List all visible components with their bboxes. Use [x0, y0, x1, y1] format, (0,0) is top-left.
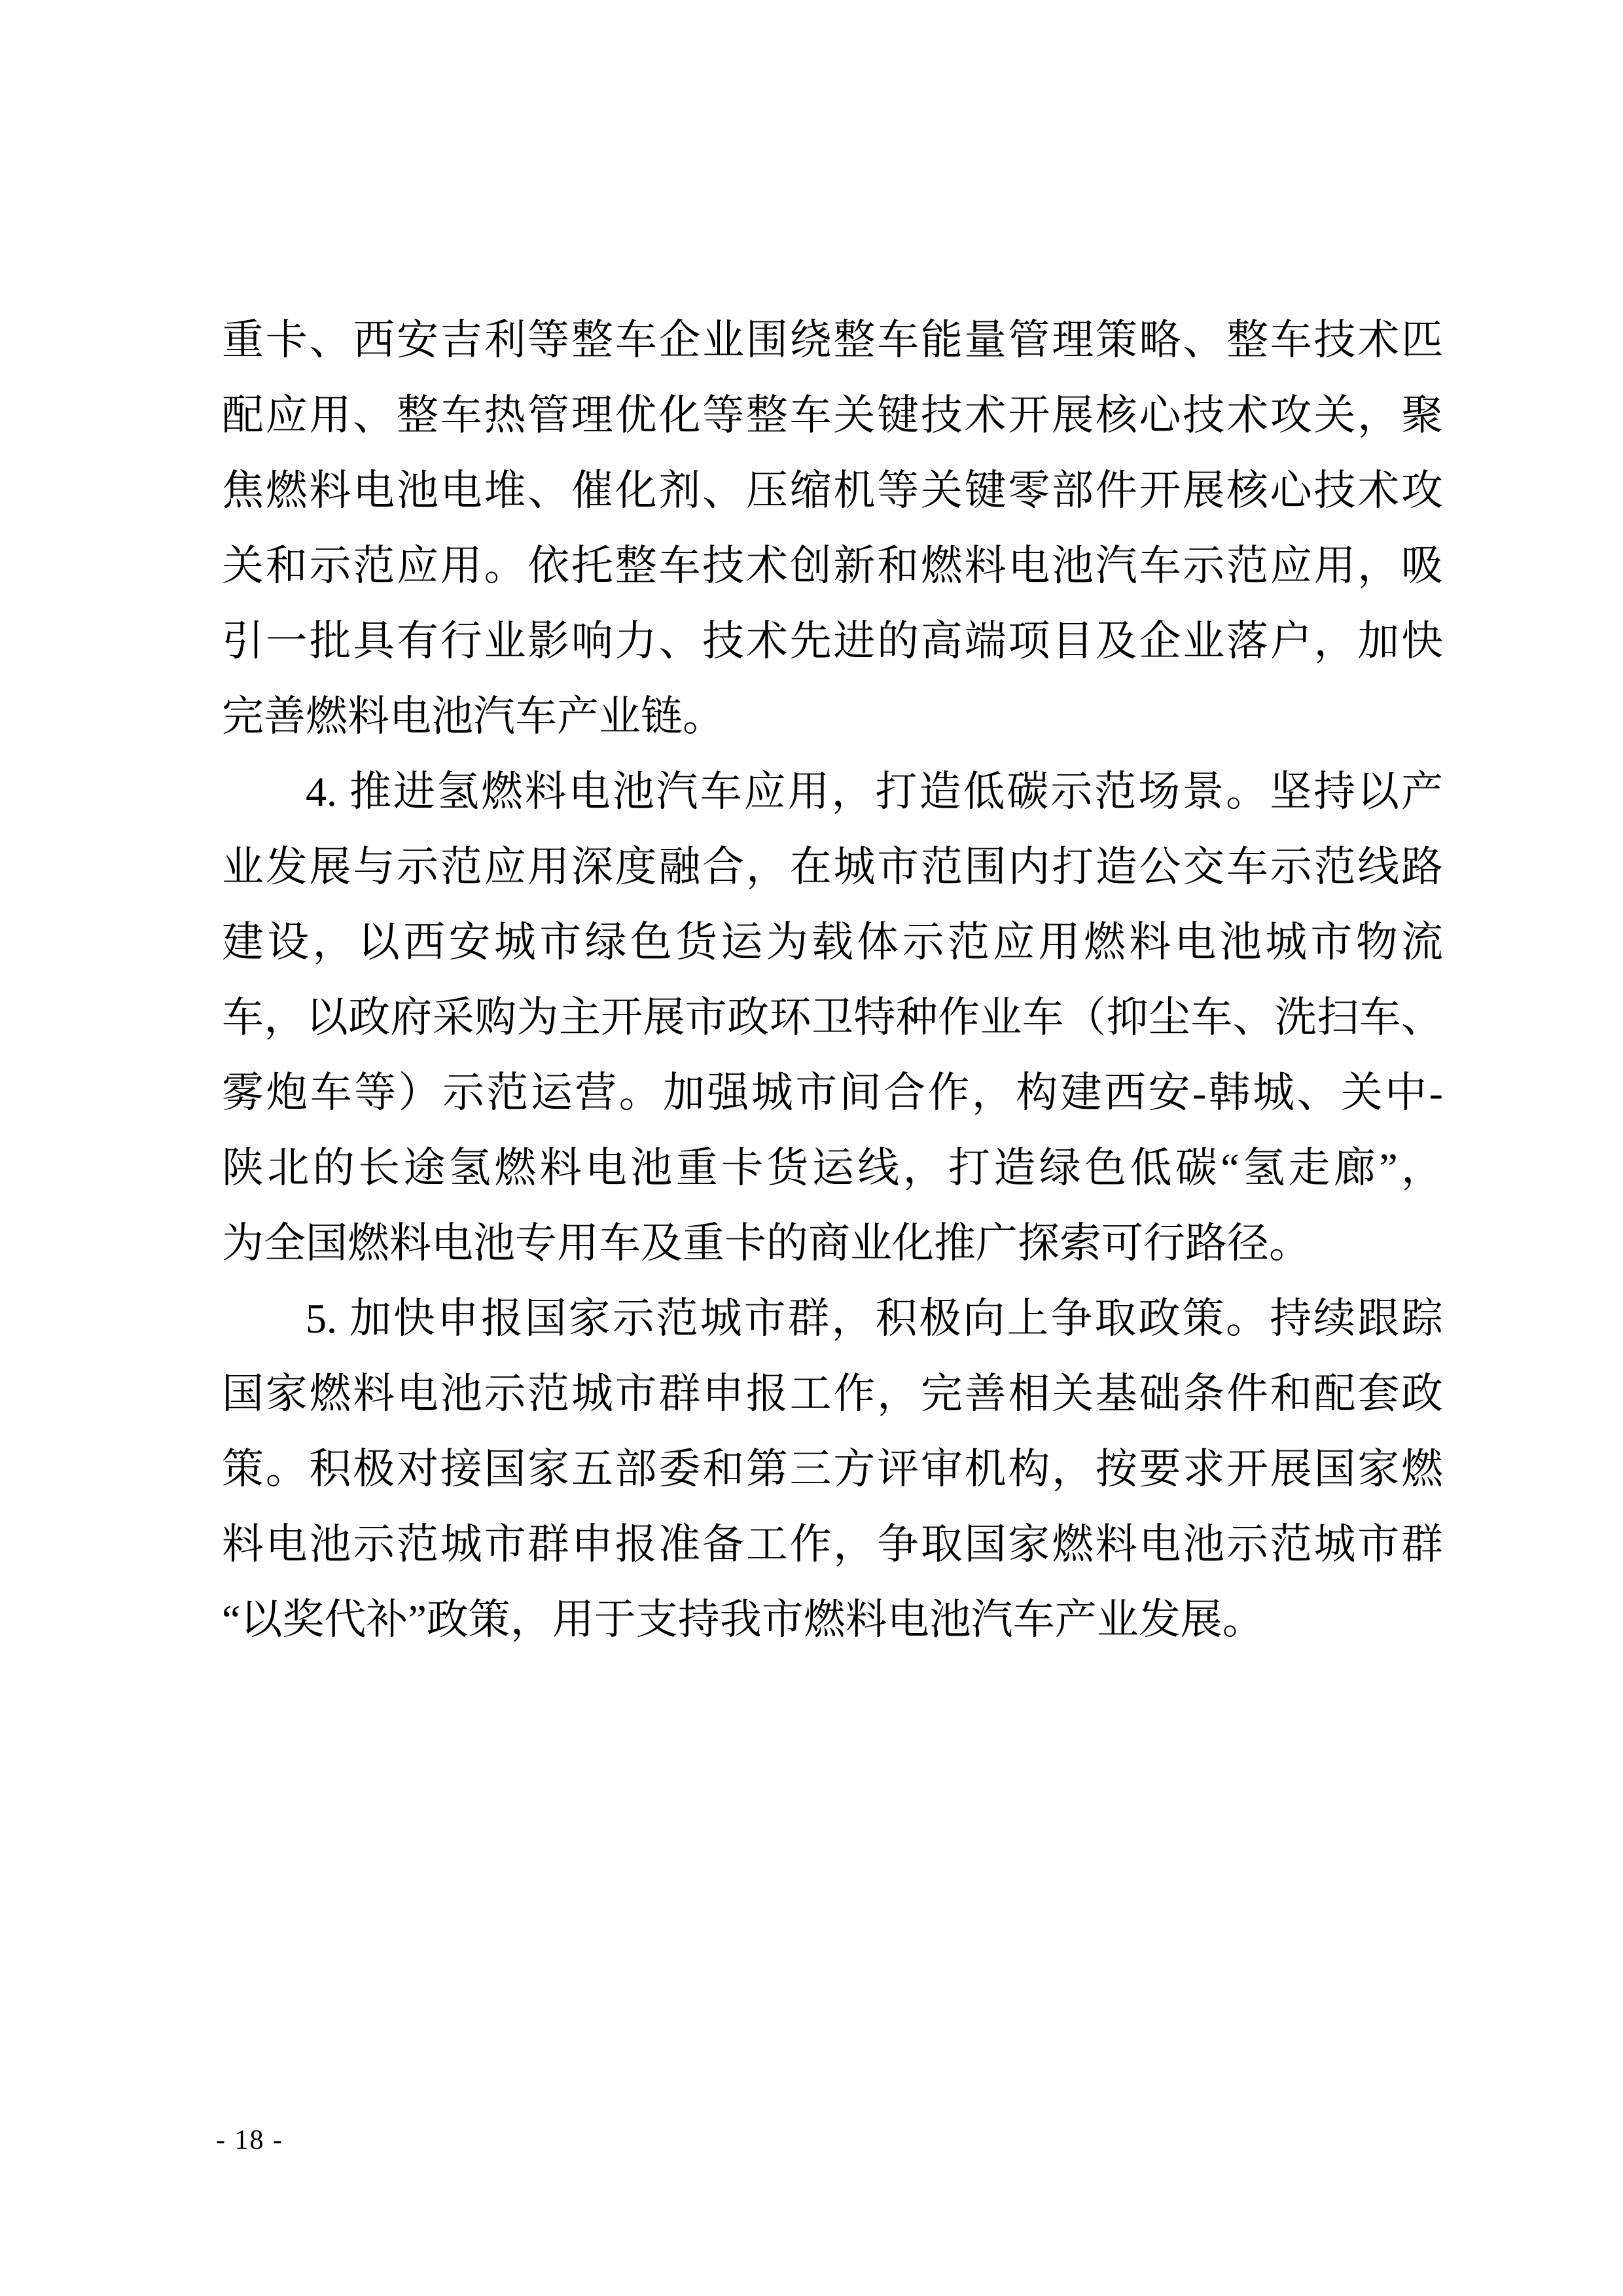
- text-line: 建设，以西安城市绿色货运为载体示范应用燃料电池城市物流: [222, 905, 1443, 980]
- text-line: 国家燃料电池示范城市群申报工作，完善相关基础条件和配套政: [222, 1356, 1443, 1431]
- text-line: 焦燃料电池电堆、催化剂、压缩机等关键零部件开展核心技术攻: [222, 453, 1443, 528]
- text-line: “以奖代补”政策，用于支持我市燃料电池汽车产业发展。: [222, 1582, 1443, 1657]
- text-line: 为全国燃料电池专用车及重卡的商业化推广探索可行路径。: [222, 1206, 1443, 1281]
- text-line: 车，以政府采购为主开展市政环卫特种作业车（抑尘车、洗扫车、: [222, 980, 1443, 1055]
- text-line: 配应用、整车热管理优化等整车关键技术开展核心技术攻关，聚: [222, 378, 1443, 453]
- text-line: 雾炮车等）示范运营。加强城市间合作，构建西安-韩城、关中-: [222, 1055, 1443, 1130]
- text-line: 引一批具有行业影响力、技术先进的高端项目及企业落户，加快: [222, 603, 1443, 679]
- document-page: 重卡、西安吉利等整车企业围绕整车能量管理策略、整车技术匹配应用、整车热管理优化等…: [0, 0, 1623, 2296]
- text-line: 完善燃料电池汽车产业链。: [222, 679, 1443, 754]
- text-line: 5. 加快申报国家示范城市群，积极向上争取政策。持续跟踪: [222, 1281, 1443, 1356]
- text-line: 重卡、西安吉利等整车企业围绕整车能量管理策略、整车技术匹: [222, 302, 1443, 378]
- text-line: 关和示范应用。依托整车技术创新和燃料电池汽车示范应用，吸: [222, 528, 1443, 603]
- text-line: 料电池示范城市群申报准备工作，争取国家燃料电池示范城市群: [222, 1507, 1443, 1582]
- text-block: 重卡、西安吉利等整车企业围绕整车能量管理策略、整车技术匹配应用、整车热管理优化等…: [222, 302, 1443, 1657]
- text-line: 策。积极对接国家五部委和第三方评审机构，按要求开展国家燃: [222, 1431, 1443, 1507]
- text-line: 业发展与示范应用深度融合，在城市范围内打造公交车示范线路: [222, 829, 1443, 905]
- text-line: 陕北的长途氢燃料电池重卡货运线，打造绿色低碳“氢走廊”，: [222, 1130, 1443, 1206]
- page-number: - 18 -: [216, 2125, 283, 2156]
- text-line: 4. 推进氢燃料电池汽车应用，打造低碳示范场景。坚持以产: [222, 754, 1443, 829]
